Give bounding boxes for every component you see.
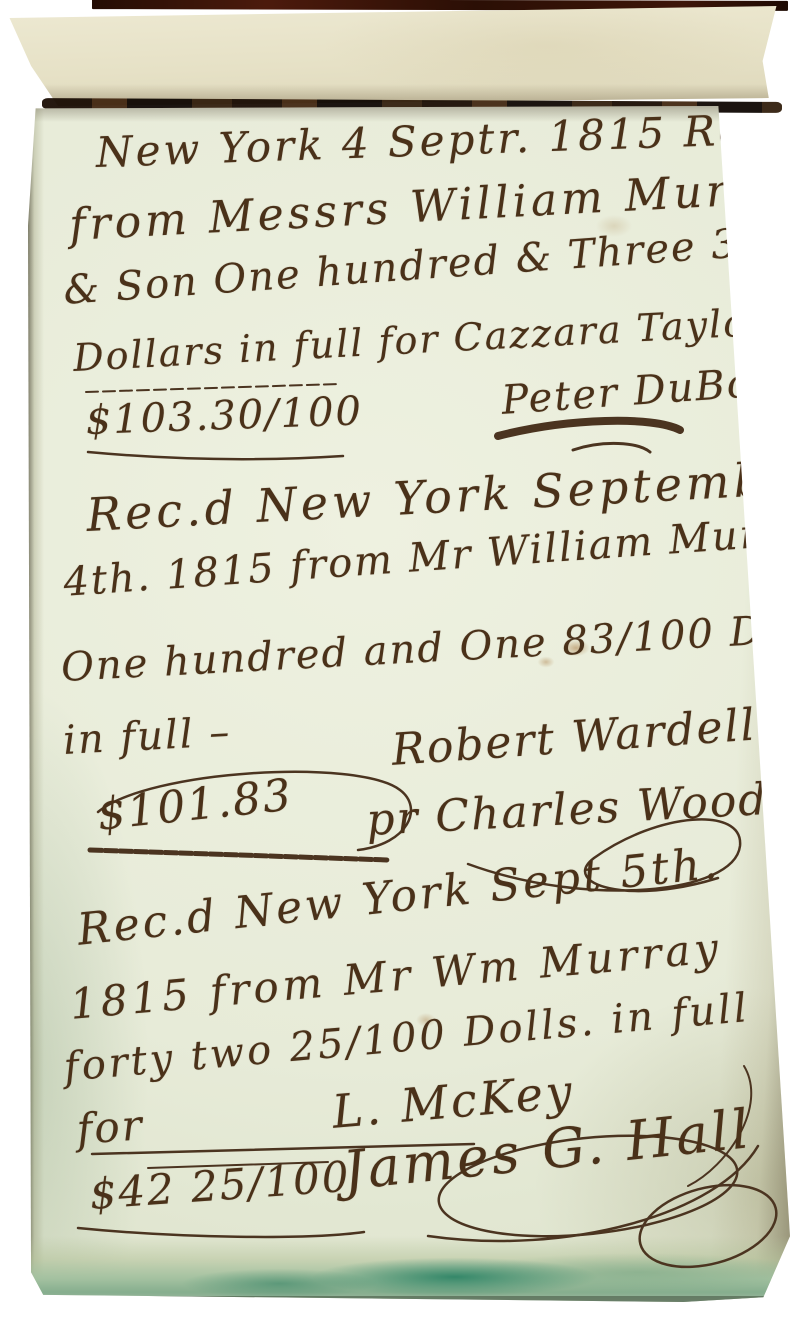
entry2-signature: Robert Wardell xyxy=(390,700,758,776)
entry3-amount: $42 25/100 xyxy=(88,1152,352,1219)
entry2-countersignature: pr Charles Wood xyxy=(365,774,770,846)
entry3-line4: for xyxy=(75,1100,145,1154)
entry2-line3: One hundred and One 83/100 Dols xyxy=(60,605,800,691)
entry1-line1: New York 4 Septr. 1815 Recd xyxy=(95,103,800,177)
handwriting-layer: New York 4 Septr. 1815 Recd from Messrs … xyxy=(28,106,790,1302)
entry1-amount: $103.30/100 xyxy=(85,388,364,444)
receipt-book-photo: New York 4 Septr. 1815 Recd from Messrs … xyxy=(0,0,800,1332)
manuscript-page: New York 4 Septr. 1815 Recd from Messrs … xyxy=(28,106,790,1302)
folded-back-leaf xyxy=(8,6,778,106)
entry2-line4: in full – xyxy=(62,709,232,764)
entry1-signature: Peter DuBois xyxy=(500,358,792,424)
entry2-amount: $101.83 xyxy=(95,770,295,841)
